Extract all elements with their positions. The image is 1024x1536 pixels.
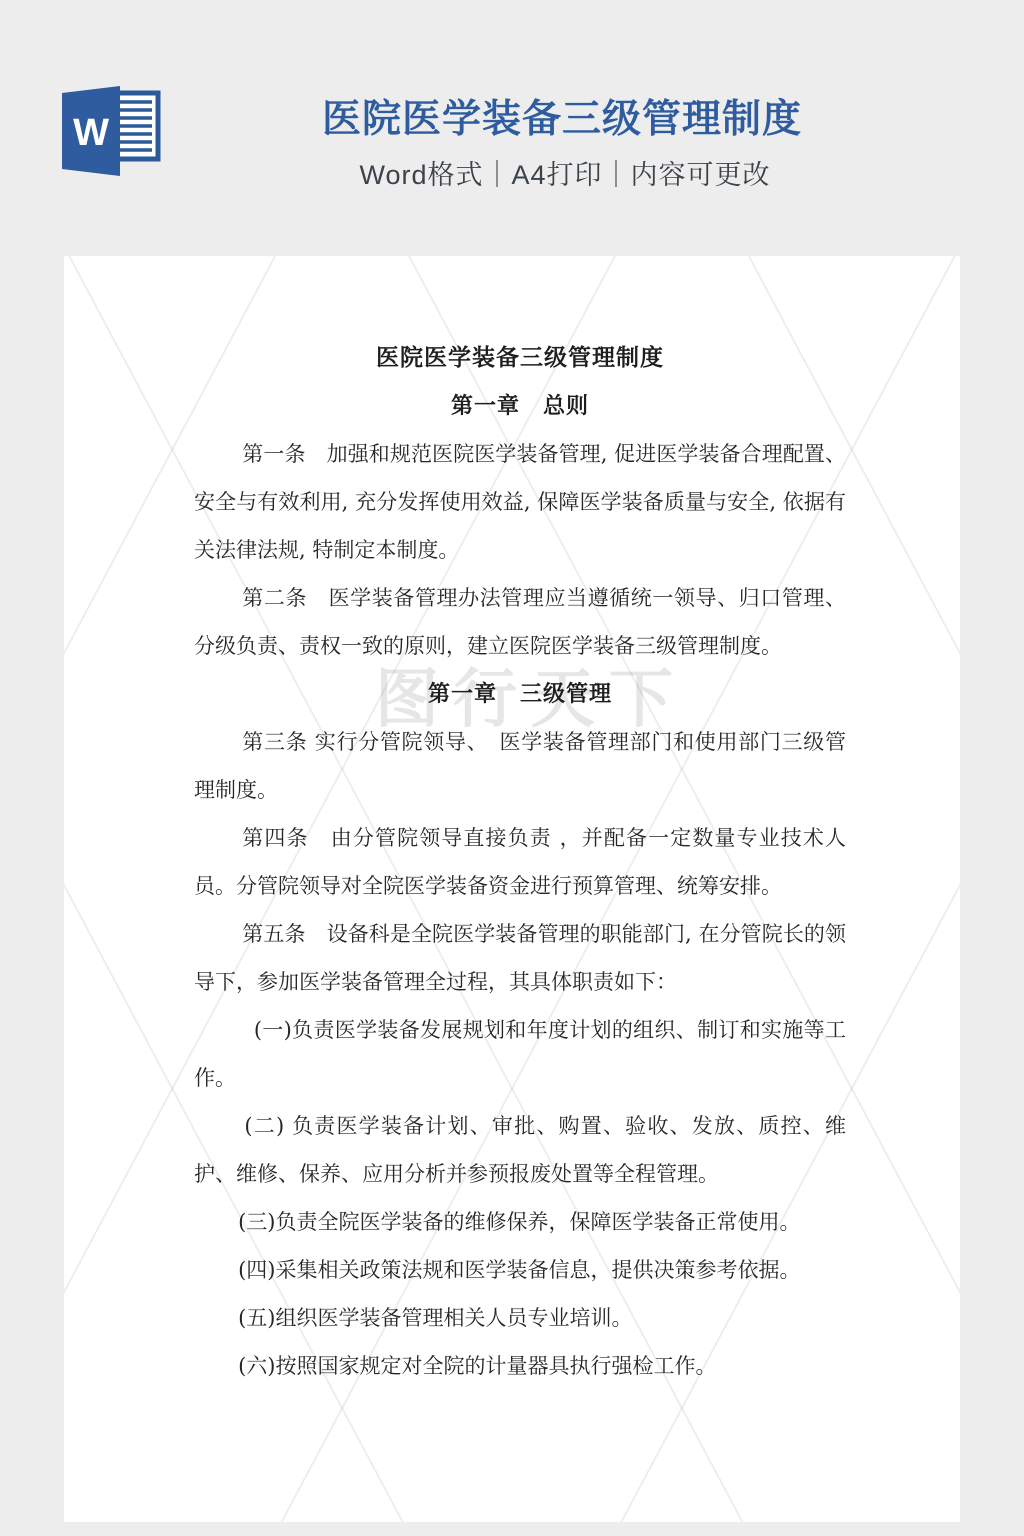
document-page: 图行天下 医院医学装备三级管理制度 第一章 总则第一条 加强和规范医院医学装备管… [64,256,960,1522]
page-subtitle: Word格式｜A4打印｜内容可更改 [359,153,770,192]
document-content: 医院医学装备三级管理制度 第一章 总则第一条 加强和规范医院医学装备管理, 促进… [64,256,960,1522]
header: W 医院医学装备三级管理制度 Word格式｜A4打印｜内容可更改 [0,0,1024,256]
chapter-heading: 第一章 三级管理 [194,670,846,718]
paragraph: (五)组织医学装备管理相关人员专业培训。 [194,1294,846,1342]
word-icon-letter: W [73,112,109,154]
document-title: 医院医学装备三级管理制度 [194,334,846,382]
document-blocks: 第一章 总则第一条 加强和规范医院医学装备管理, 促进医学装备合理配置、安全与有… [194,382,846,1390]
paragraph: (六)按照国家规定对全院的计量器具执行强检工作。 [194,1342,846,1390]
word-icon-lines [120,102,152,150]
paragraph: (四)采集相关政策法规和医学装备信息，提供决策参考依据。 [194,1246,846,1294]
paragraph: 第一条 加强和规范医院医学装备管理, 促进医学装备合理配置、安全与有效利用, 充… [194,430,846,574]
paragraph: 第五条 设备科是全院医学装备管理的职能部门, 在分管院长的领导下，参加医学装备管… [194,910,846,1006]
paragraph: (一)负责医学装备发展规划和年度计划的组织、制订和实施等工作。 [194,1006,846,1102]
paragraph: 第四条 由分管院领导直接负责 ，并配备一定数量专业技术人员。分管院领导对全院医学… [194,814,846,910]
page-title: 医院医学装备三级管理制度 [322,88,802,144]
chapter-heading: 第一章 总则 [194,382,846,430]
screen: { "colors": { "background": "#EDEDED", "… [0,0,1024,1536]
paragraph: (二) 负责医学装备计划、审批、购置、验收、发放、质控、维护、维修、保养、应用分… [194,1102,846,1198]
paragraph: (三)负责全院医学装备的维修保养，保障医学装备正常使用。 [194,1198,846,1246]
word-icon: W [62,86,164,184]
paragraph: 第三条 实行分管院领导、 医学装备管理部门和使用部门三级管理制度。 [194,718,846,814]
paragraph: 第二条 医学装备管理办法管理应当遵循统一领导、归口管理、分级负责、责权一致的原则… [194,574,846,670]
